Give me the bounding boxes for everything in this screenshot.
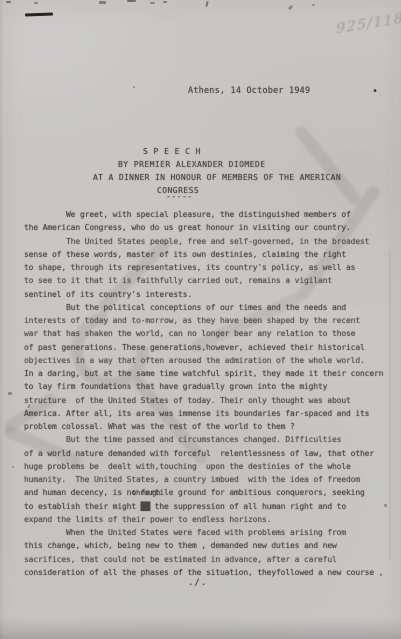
title-underline: ----- [166,192,193,201]
typed-line: to establish their might ██ the suppress… [24,500,394,513]
pencil-stroke [293,124,362,206]
typed-line: and human decency, is no fertile ground … [24,486,394,499]
typed-line: When the United States were faced with p… [24,526,394,539]
typed-line: problem colossal. What was the rest of t… [24,420,394,433]
typed-line: America. After all, its area was immense… [24,407,394,420]
typed-line: huge problems be dealt with,touching upo… [24,460,394,473]
typed-line: In a daring, but at the same time watchf… [24,367,394,380]
typed-line: of past generations. These generations,h… [24,341,394,354]
scan-speck [6,1,11,3]
typed-line: this change, which, being new to them , … [24,539,394,552]
pen-dash-mark [25,13,53,16]
typed-line: to shape, through its representatives, i… [24,261,394,274]
speaker-line: BY PREMIER ALEXANDER DIOMEDE [118,160,265,169]
typed-correction-through: through [132,489,160,497]
typed-line: to see to it that it is faithfully carri… [24,274,394,287]
typed-line: But the time passed and circumstances ch… [24,433,394,446]
typed-line: expand the limits of their power to endl… [24,513,394,526]
typed-line: of a world nature demanded with forceful… [24,447,394,460]
typed-line: We greet, with special pleasure, the dis… [24,208,394,221]
ink-dot-mark: • [372,86,378,97]
typed-line: objectives in a way that often aroused t… [24,354,394,367]
typed-line: humanity. The United States, a country i… [24,473,394,486]
occasion-line: AT A DINNER IN HONOUR OF MEMBERS OF THE … [93,173,341,182]
typed-line: But the political conceptions of our tim… [24,301,394,314]
typed-line: the American Congress, who do us great h… [24,221,394,234]
scan-speck [133,86,135,88]
typed-line: sacrifices, that could not be estimated … [24,553,394,566]
typed-line: interests of today and to-morrow, as the… [24,314,394,327]
typed-line: war that has shaken the world, can no lo… [24,327,394,340]
scan-speck [12,466,14,468]
speech-body-text: We greet, with special pleasure, the dis… [24,208,394,579]
bottom-edge-shadow [0,617,401,639]
typed-line: structure of the United States of today.… [24,394,394,407]
continuation-mark: ./. [188,578,207,588]
handwritten-reference-number: 925/118 [336,11,401,38]
scan-speck [99,1,106,4]
typed-line: The United States people, free and self-… [24,235,394,248]
typed-line: consideration of all the phases of the s… [24,566,394,579]
typed-line: to lay firm foundations that have gradua… [24,380,394,393]
scanned-document-page: 925/118 Athens, 14 October 1949 • S P E … [0,0,401,639]
scan-speck [150,2,155,4]
scan-speck [8,392,12,395]
scan-speck [34,2,38,4]
scan-speck [127,0,136,2]
scan-speck [163,1,167,3]
left-edge-shadow [0,0,4,639]
speech-title: S P E E C H [143,147,201,156]
typed-line: sense of these words, master of its own … [24,248,394,261]
dateline: Athens, 14 October 1949 [188,86,310,96]
scan-speck [288,5,294,11]
typed-line: sentinel of its country's interests. [24,288,394,301]
scan-speck [312,4,315,6]
scan-speck [205,1,208,7]
